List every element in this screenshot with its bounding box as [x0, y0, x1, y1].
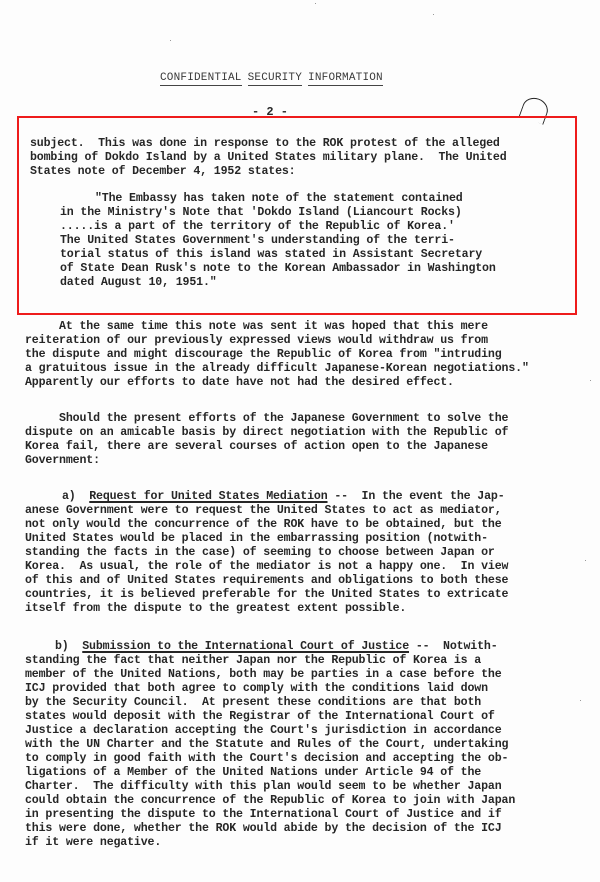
text-line: not only would the concurrence of the RO… — [25, 518, 502, 532]
text-line: United States would be placed in the emb… — [25, 532, 488, 546]
text-line: this were done, whether the ROK would ab… — [25, 822, 502, 836]
header-word: CONFIDENTIAL — [160, 72, 242, 86]
section-a-heading-rest: -- In the event the Jap- — [328, 490, 505, 503]
text-line: anese Government were to request the Uni… — [25, 504, 502, 518]
section-b-heading-line: b) Submission to the International Court… — [55, 640, 498, 654]
section-b-heading-rest: -- Notwith- — [409, 640, 498, 653]
text-line: Government: — [25, 454, 100, 468]
section-b-label: b) — [55, 640, 69, 653]
text-line: ICJ provided that both agree to comply w… — [25, 682, 488, 696]
text-line: member of the United Nations, both may b… — [25, 668, 502, 682]
quote-line: The United States Government's understan… — [60, 234, 455, 248]
section-a-heading-line: a) Request for United States Mediation -… — [62, 490, 505, 504]
text-line: subject. This was done in response to th… — [30, 137, 500, 151]
text-line: Korea. As usual, the role of the mediato… — [25, 560, 508, 574]
quote-line: .....is a part of the territory of the R… — [60, 220, 455, 234]
text-line: countries, it is believed preferable for… — [25, 588, 508, 602]
section-a-label: a) — [62, 490, 76, 503]
text-line: with the UN Charter and the Statute and … — [25, 738, 508, 752]
text-line: standing the fact that neither Japan nor… — [25, 654, 481, 668]
quote-line: of State Dean Rusk's note to the Korean … — [60, 262, 496, 276]
scan-speck — [580, 700, 581, 701]
text-line: ligations of a Member of the United Nati… — [25, 766, 481, 780]
text-line: Apparently our efforts to date have not … — [25, 376, 454, 390]
classification-header: CONFIDENTIALSECURITYINFORMATION — [160, 72, 460, 84]
text-line: in presenting the dispute to the Interna… — [25, 808, 502, 822]
text-line: to comply in good faith with the Court's… — [25, 752, 508, 766]
scan-speck — [590, 380, 591, 381]
text-line: Should the present efforts of the Japane… — [25, 412, 508, 426]
text-line: reiteration of our previously expressed … — [25, 334, 488, 348]
text-line: dispute on an amicable basis by direct n… — [25, 426, 508, 440]
scan-speck — [585, 560, 586, 561]
text-line: a gratuitous issue in the already diffic… — [25, 362, 529, 376]
quote-line: dated August 10, 1951." — [60, 276, 217, 290]
quote-line: "The Embassy has taken note of the state… — [95, 192, 463, 206]
quote-line: torial status of this island was stated … — [60, 248, 482, 262]
text-line: the dispute and might discourage the Rep… — [25, 348, 502, 362]
quote-line: in the Ministry's Note that 'Dokdo Islan… — [60, 206, 462, 220]
text-line: of this and of United States requirement… — [25, 574, 508, 588]
text-line: by the Security Council. At present thes… — [25, 696, 481, 710]
text-line: could obtain the concurrence of the Repu… — [25, 794, 515, 808]
header-word: INFORMATION — [308, 72, 383, 86]
text-line: Charter. The difficulty with this plan w… — [25, 780, 502, 794]
section-b-title: Submission to the International Court of… — [82, 640, 409, 653]
scanned-document-page: CONFIDENTIALSECURITYINFORMATION - 2 - su… — [0, 0, 600, 882]
section-a-title: Request for United States Mediation — [89, 490, 327, 503]
text-line: bombing of Dokdo Island by a United Stat… — [30, 151, 507, 165]
text-line: standing the facts in the case) of seemi… — [25, 546, 495, 560]
text-line: At the same time this note was sent it w… — [25, 320, 488, 334]
scan-speck — [315, 3, 316, 4]
scan-speck — [170, 40, 171, 41]
scan-speck — [433, 14, 434, 15]
text-line: Korea fail, there are several courses of… — [25, 440, 488, 454]
text-line: if it were negative. — [25, 836, 161, 850]
text-line: Justice a declaration accepting the Cour… — [25, 724, 502, 738]
header-word: SECURITY — [248, 72, 302, 86]
text-line: itself from the dispute to the greatest … — [25, 602, 406, 616]
text-line: States note of December 4, 1952 states: — [30, 165, 296, 179]
text-line: states would deposit with the Registrar … — [25, 710, 495, 724]
